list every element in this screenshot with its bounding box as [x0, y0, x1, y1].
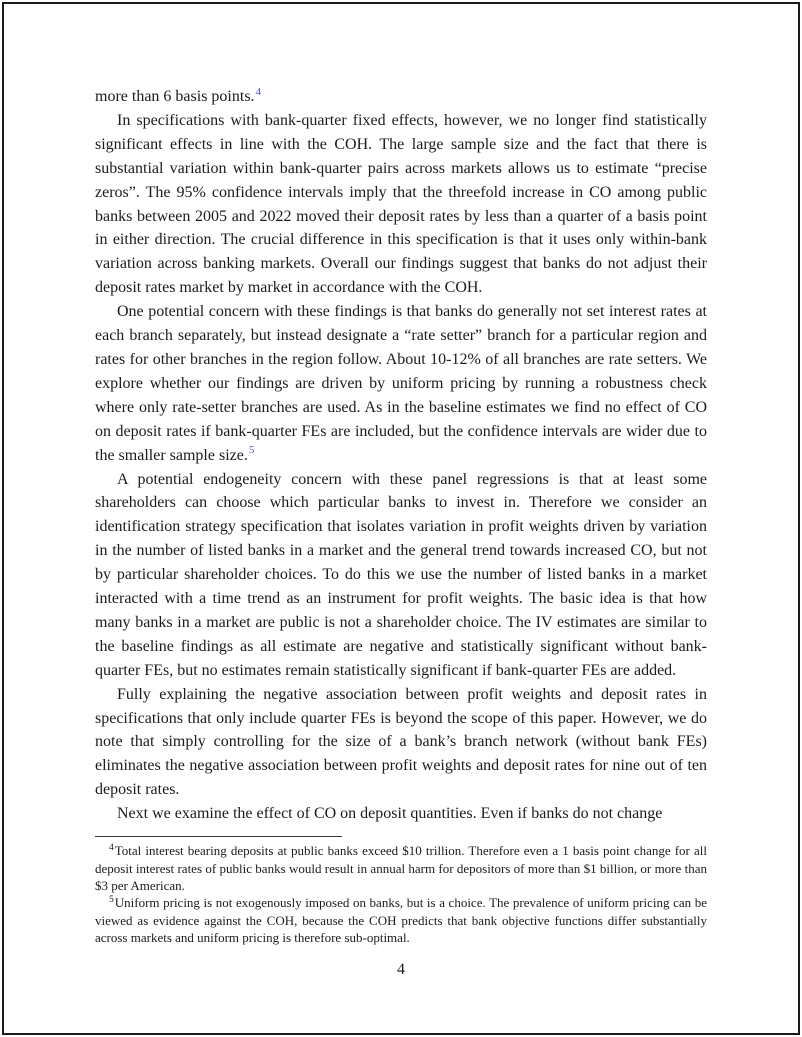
footnotes-section: 4Total interest bearing deposits at publ… — [95, 842, 707, 946]
page-number: 4 — [0, 961, 802, 979]
footnote-4: 4Total interest bearing deposits at publ… — [95, 842, 707, 894]
paragraph-continuation: more than 6 basis points.4 — [95, 85, 707, 109]
paragraph-branch-network: Fully explaining the negative associatio… — [95, 683, 707, 803]
paragraph-text: more than 6 basis points. — [95, 88, 255, 105]
paragraph-rate-setter: One potential concern with these finding… — [95, 300, 707, 467]
paper-page: more than 6 basis points.4 In specificat… — [0, 0, 802, 1037]
footnote-text: Uniform pricing is not exogenously impos… — [95, 895, 707, 945]
paragraph-endogeneity-iv: A potential endogeneity concern with the… — [95, 468, 707, 683]
paragraph-deposit-quantities: Next we examine the effect of CO on depo… — [95, 802, 707, 826]
body-text: more than 6 basis points.4 In specificat… — [95, 85, 707, 947]
footnote-text: Total interest bearing deposits at publi… — [95, 843, 707, 893]
footnote-rule — [95, 836, 342, 837]
footnote-ref-4[interactable]: 4 — [256, 86, 262, 98]
footnote-ref-5[interactable]: 5 — [249, 444, 255, 456]
paragraph-text: One potential concern with these finding… — [95, 303, 707, 463]
footnote-5: 5Uniform pricing is not exogenously impo… — [95, 894, 707, 946]
footnote-marker-5: 5 — [109, 895, 114, 905]
footnote-marker-4: 4 — [109, 843, 114, 853]
paragraph-bank-quarter-fe: In specifications with bank-quarter fixe… — [95, 109, 707, 300]
